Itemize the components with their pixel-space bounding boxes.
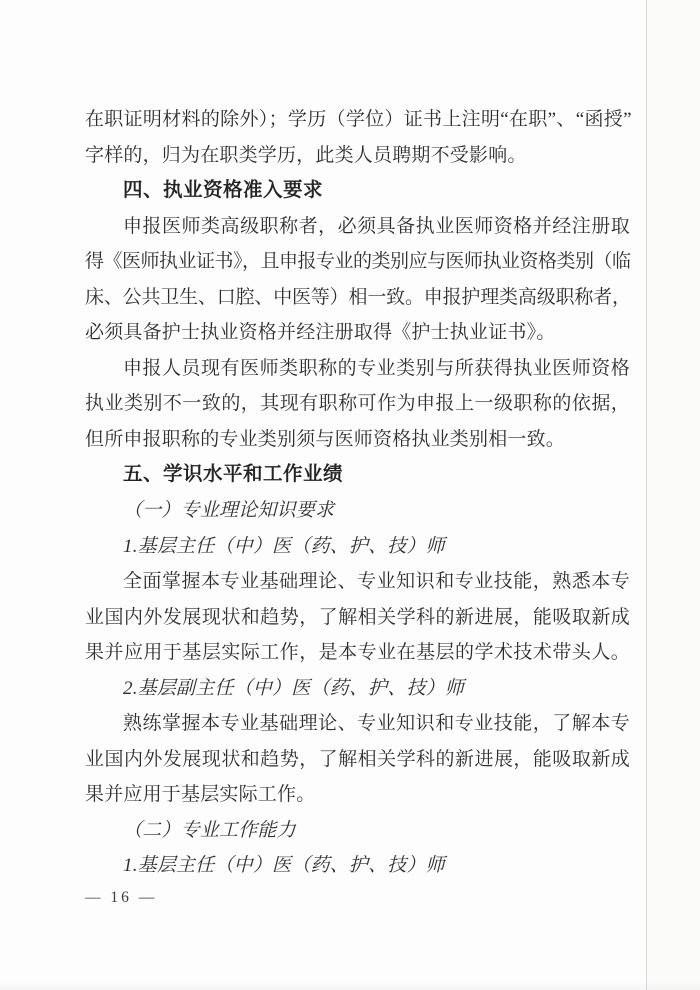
subsection-heading-1: （一）专业理论知识要求 <box>85 493 630 529</box>
scan-margin-strip <box>647 0 700 990</box>
text-line: 床、公共卫生、口腔、中医等）相一致。申报护理类高级职称者， <box>85 280 630 316</box>
scan-bottom-shade <box>0 982 700 990</box>
scan-edge-line <box>646 0 647 990</box>
text-line: 在职证明材料的除外）；学历（学位）证书上注明“在职”、“函授” <box>85 102 630 138</box>
text-line: 字样的，归为在职类学历，此类人员聘期不受影响。 <box>85 138 630 174</box>
text-line: 执业类别不一致的，其现有职称可作为申报上一级职称的依据， <box>85 386 630 422</box>
subsection-heading-2: （二）专业工作能力 <box>85 813 630 849</box>
section-heading-5: 五、学识水平和工作业绩 <box>85 457 630 493</box>
text-line: 但所申报职称的专业类别须与医师资格执业类别相一致。 <box>85 422 630 458</box>
text-line: 申报人员现有医师类职称的专业类别与所获得执业医师资格 <box>85 351 630 387</box>
text-line: 得《医师执业证书》，且申报专业的类别应与医师执业资格类别（临 <box>85 244 630 280</box>
text-line: 申报医师类高级职称者，必须具备执业医师资格并经注册取 <box>85 209 630 245</box>
document-page: 在职证明材料的除外）；学历（学位）证书上注明“在职”、“函授” 字样的，归为在职… <box>0 0 700 990</box>
text-block: 在职证明材料的除外）；学历（学位）证书上注明“在职”、“函授” 字样的，归为在职… <box>85 102 630 884</box>
text-line: 必须具备护士执业资格并经注册取得《护士执业证书》。 <box>85 315 630 351</box>
text-line: 业国内外发展现状和趋势，了解相关学科的新进展，能吸取新成 <box>85 742 630 778</box>
text-line: 全面掌握本专业基础理论、专业知识和专业技能，熟悉本专 <box>85 564 630 600</box>
page-number: — 16 — <box>85 889 157 907</box>
text-line: 熟练掌握本专业基础理论、专业知识和专业技能，了解本专 <box>85 706 630 742</box>
text-line: 业国内外发展现状和趋势，了解相关学科的新进展，能吸取新成 <box>85 600 630 636</box>
item-heading: 1.基层主任（中）医（药、护、技）师 <box>85 848 630 884</box>
text-line: 果并应用于基层实际工作，是本专业在基层的学术技术带头人。 <box>85 635 630 671</box>
item-heading: 1.基层主任（中）医（药、护、技）师 <box>85 529 630 565</box>
item-heading: 2.基层副主任（中）医（药、护、技）师 <box>85 671 630 707</box>
text-line: 果并应用于基层实际工作。 <box>85 777 630 813</box>
section-heading-4: 四、执业资格准入要求 <box>85 173 630 209</box>
